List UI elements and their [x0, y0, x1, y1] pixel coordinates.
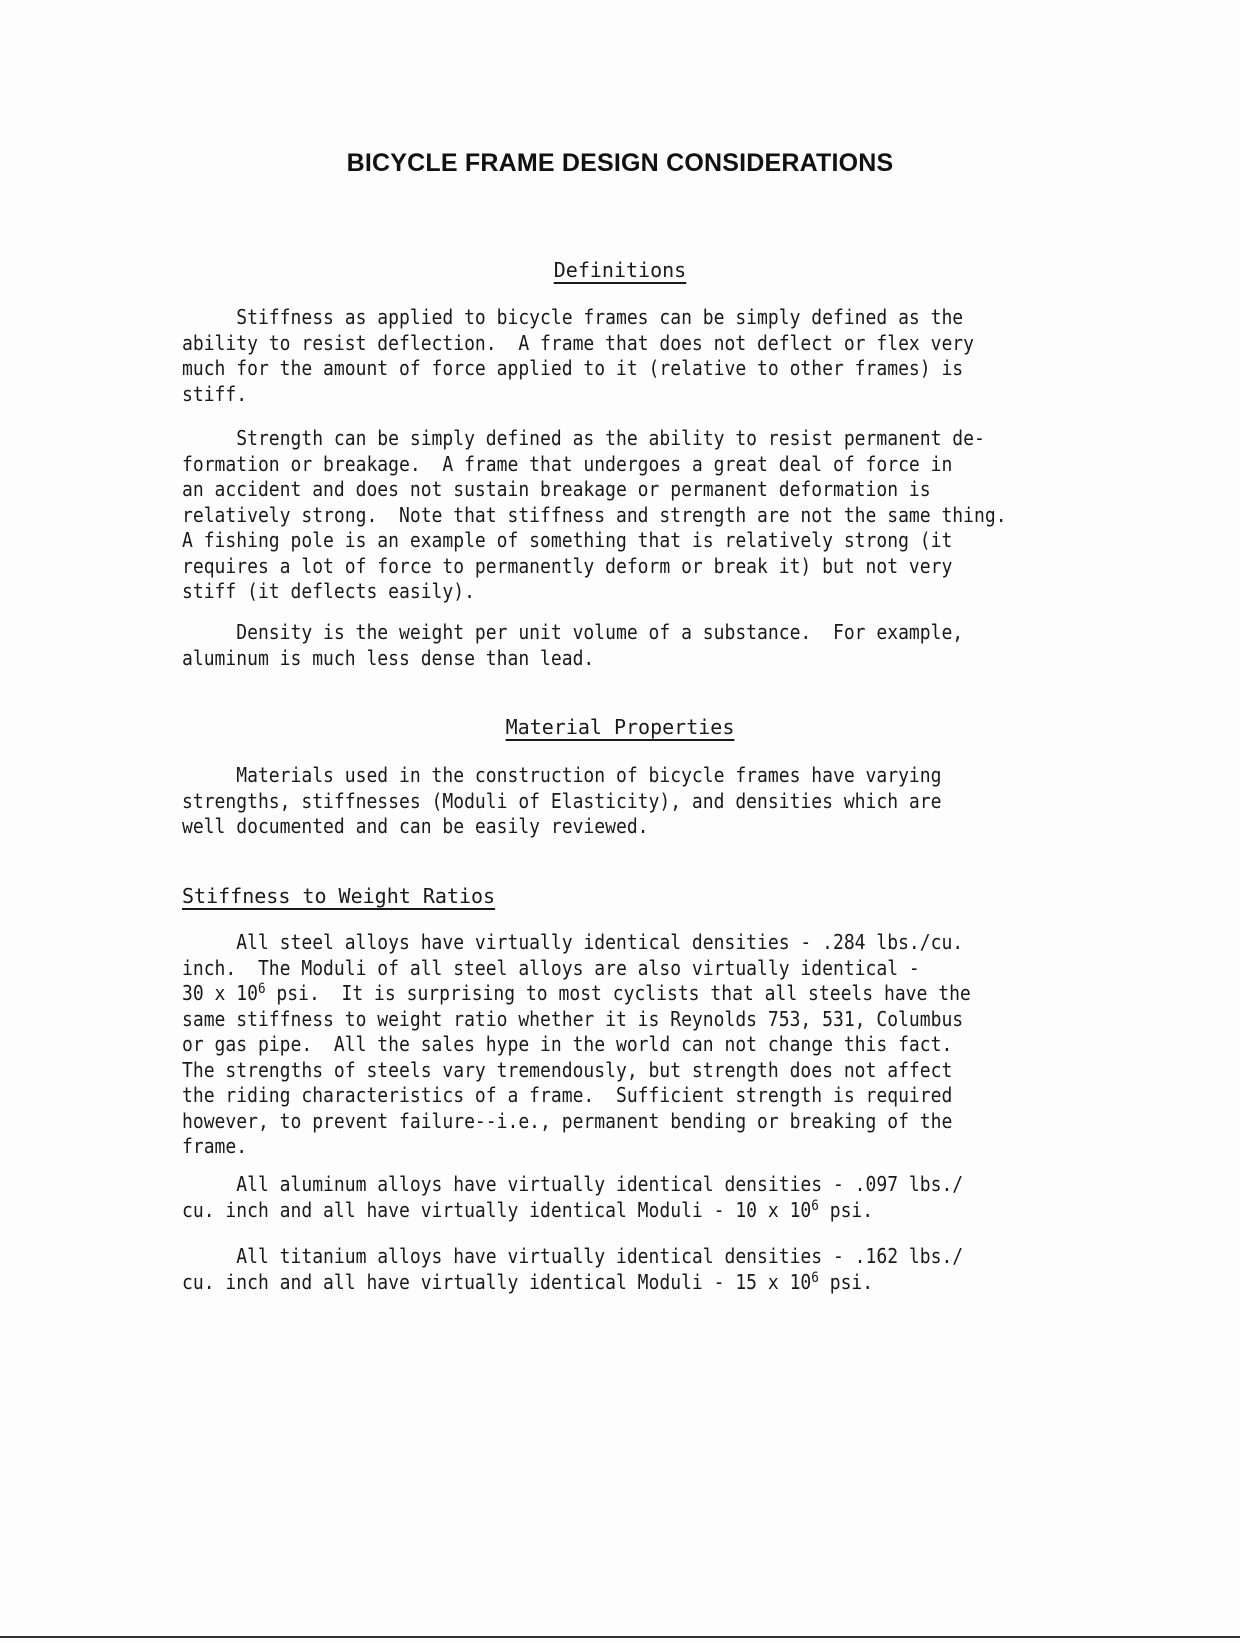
paragraph-titanium-alloys: All titanium alloys have virtually ident…	[182, 1244, 1047, 1295]
paragraph-strength-definition: Strength can be simply defined as the ab…	[182, 426, 1047, 605]
heading-text: Definitions	[554, 258, 686, 282]
text-line: 30 x 106 psi. It is surprising to most c…	[182, 981, 1047, 1007]
heading-text: Stiffness to Weight Ratios	[182, 884, 495, 908]
text-line: stiff (it deflects easily).	[182, 579, 1047, 605]
text-line: ability to resist deflection. A frame th…	[182, 331, 1047, 357]
paragraph-steel-alloys: All steel alloys have virtually identica…	[182, 930, 1047, 1160]
text-line: The strengths of steels vary tremendousl…	[182, 1058, 1047, 1084]
text-line: requires a lot of force to permanently d…	[182, 554, 1047, 580]
text-line: Materials used in the construction of bi…	[182, 763, 1047, 789]
text-line: All steel alloys have virtually identica…	[182, 930, 1047, 956]
text-line: relatively strong. Note that stiffness a…	[182, 503, 1047, 529]
paragraph-aluminum-alloys: All aluminum alloys have virtually ident…	[182, 1172, 1047, 1223]
text-line: A fishing pole is an example of somethin…	[182, 528, 1047, 554]
document-title: BICYCLE FRAME DESIGN CONSIDERATIONS	[0, 149, 1240, 178]
text-line: All titanium alloys have virtually ident…	[182, 1244, 1047, 1270]
text-line: All aluminum alloys have virtually ident…	[182, 1172, 1047, 1198]
section-heading-stiffness-to-weight: Stiffness to Weight Ratios	[182, 884, 495, 908]
text-line: stiff.	[182, 382, 1047, 408]
text-line: strengths, stiffnesses (Moduli of Elasti…	[182, 789, 1047, 815]
text-line: cu. inch and all have virtually identica…	[182, 1270, 1047, 1296]
text-line: Density is the weight per unit volume of…	[182, 620, 1047, 646]
paragraph-material-properties: Materials used in the construction of bi…	[182, 763, 1047, 840]
text-line: formation or breakage. A frame that unde…	[182, 452, 1047, 478]
text-line: however, to prevent failure--i.e., perma…	[182, 1109, 1047, 1135]
text-line: well documented and can be easily review…	[182, 814, 1047, 840]
heading-text: Material Properties	[506, 715, 735, 739]
section-heading-definitions: Definitions	[0, 258, 1240, 282]
paragraph-stiffness-definition: Stiffness as applied to bicycle frames c…	[182, 305, 1047, 407]
text-line: same stiffness to weight ratio whether i…	[182, 1007, 1047, 1033]
text-line: frame.	[182, 1134, 1047, 1160]
text-line: much for the amount of force applied to …	[182, 356, 1047, 382]
paragraph-density-definition: Density is the weight per unit volume of…	[182, 620, 1047, 671]
text-line: cu. inch and all have virtually identica…	[182, 1198, 1047, 1224]
text-line: aluminum is much less dense than lead.	[182, 646, 1047, 672]
page-bottom-edge	[0, 1636, 1240, 1638]
text-line: Stiffness as applied to bicycle frames c…	[182, 305, 1047, 331]
text-line: the riding characteristics of a frame. S…	[182, 1083, 1047, 1109]
section-heading-material-properties: Material Properties	[0, 715, 1240, 739]
text-line: an accident and does not sustain breakag…	[182, 477, 1047, 503]
text-line: inch. The Moduli of all steel alloys are…	[182, 956, 1047, 982]
text-line: Strength can be simply defined as the ab…	[182, 426, 1047, 452]
text-line: or gas pipe. All the sales hype in the w…	[182, 1032, 1047, 1058]
